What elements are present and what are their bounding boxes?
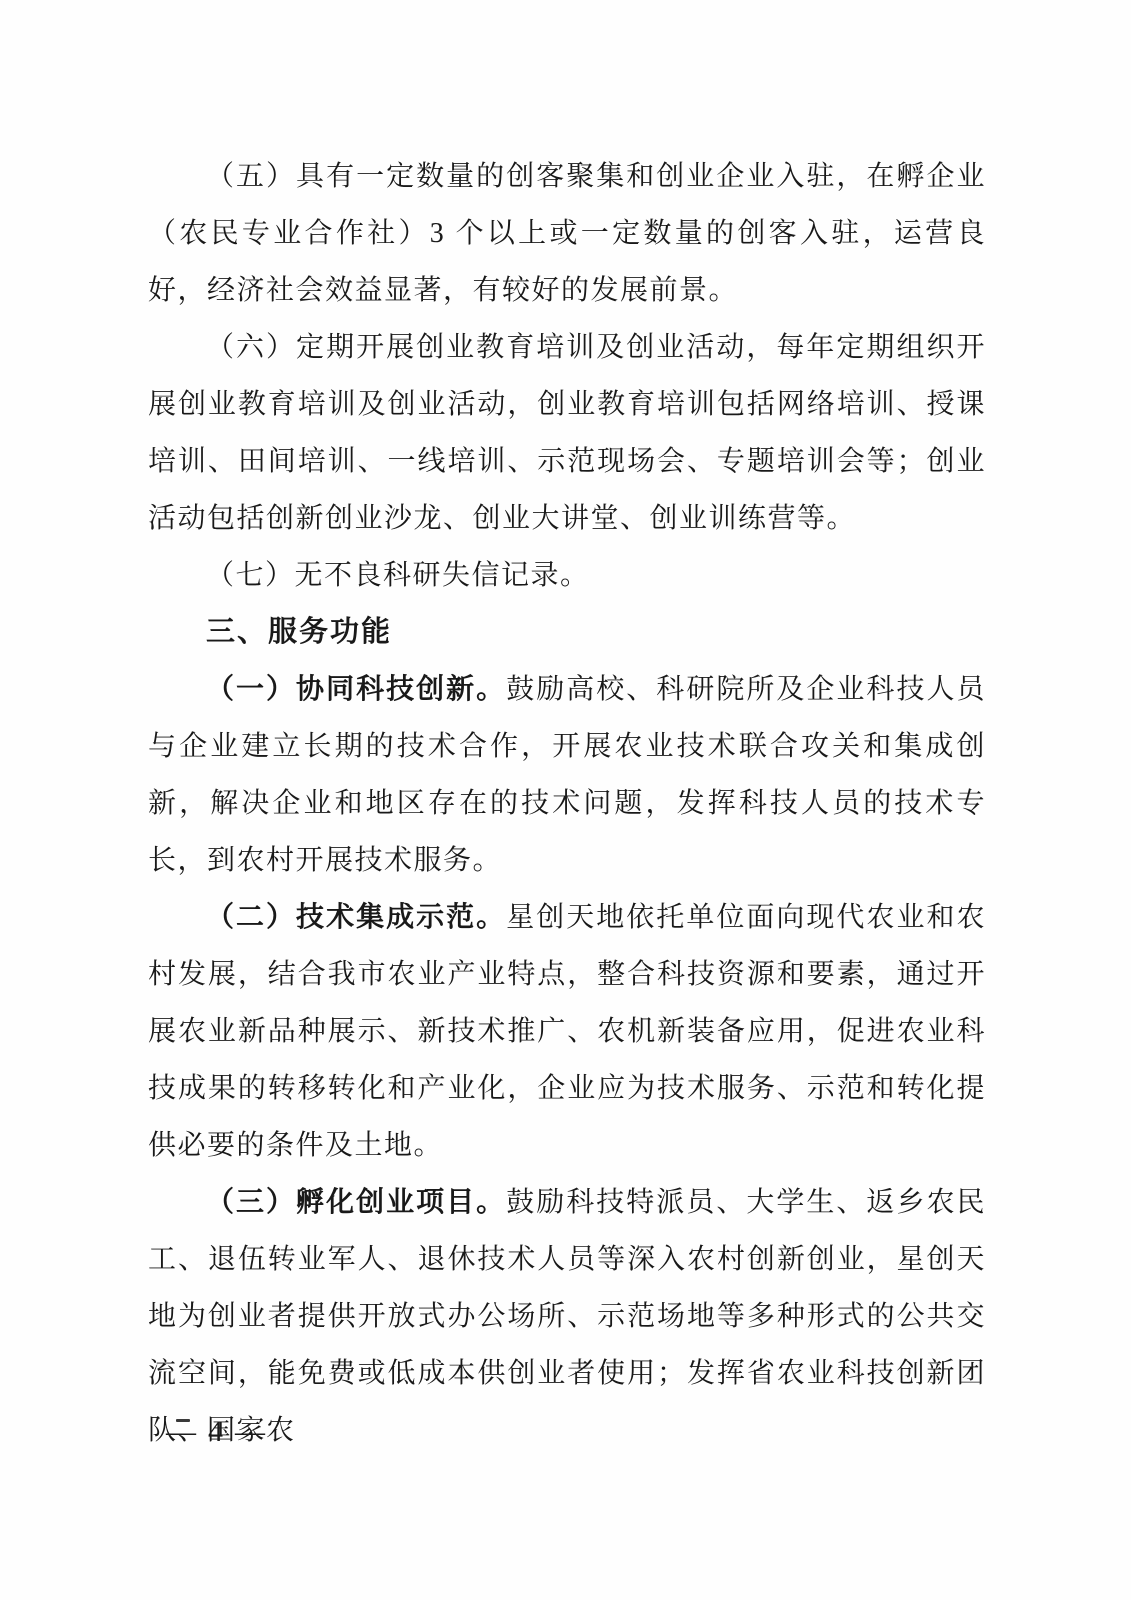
subsection-lead: （一）协同科技创新。 xyxy=(206,674,506,705)
paragraph-text: （七）无不良科研失信记录。 xyxy=(206,560,590,591)
subsection-lead: （三）孵化创业项目。 xyxy=(206,1187,506,1218)
paragraph-subsection-2: （二）技术集成示范。星创天地依托单位面向现代农业和农村发展，结合我市农业产业特点… xyxy=(148,889,986,1174)
section-heading-service-functions: 三、服务功能 xyxy=(148,604,986,661)
page-number: 4 xyxy=(208,1412,223,1452)
paragraph-subsection-3: （三）孵化创业项目。鼓励科技特派员、大学生、返乡农民工、退伍转业军人、退休技术人… xyxy=(148,1174,986,1459)
paragraph-subsection-1: （一）协同科技创新。鼓励高校、科研院所及企业科技人员与企业建立长期的技术合作，开… xyxy=(148,661,986,889)
footer-dash-left: — xyxy=(166,1412,196,1452)
paragraph-text: 星创天地依托单位面向现代农业和农村发展，结合我市农业产业特点，整合科技资源和要素… xyxy=(148,902,986,1161)
document-page: （五）具有一定数量的创客聚集和创业企业入驻，在孵企业（农民专业合作社）3 个以上… xyxy=(0,0,1131,1600)
paragraph-item-7: （七）无不良科研失信记录。 xyxy=(148,547,986,604)
paragraph-text: 鼓励科技特派员、大学生、返乡农民工、退伍转业军人、退休技术人员等深入农村创新创业… xyxy=(148,1187,986,1446)
paragraph-text: （五）具有一定数量的创客聚集和创业企业入驻，在孵企业（农民专业合作社）3 个以上… xyxy=(148,161,986,306)
paragraph-item-5: （五）具有一定数量的创客聚集和创业企业入驻，在孵企业（农民专业合作社）3 个以上… xyxy=(148,148,986,319)
page-footer: — 4 — xyxy=(166,1412,265,1452)
document-body: （五）具有一定数量的创客聚集和创业企业入驻，在孵企业（农民专业合作社）3 个以上… xyxy=(148,148,986,1459)
subsection-lead: （二）技术集成示范。 xyxy=(206,902,506,933)
footer-dash-right: — xyxy=(235,1412,265,1452)
paragraph-text: （六）定期开展创业教育培训及创业活动，每年定期组织开展创业教育培训及创业活动，创… xyxy=(148,332,986,534)
paragraph-item-6: （六）定期开展创业教育培训及创业活动，每年定期组织开展创业教育培训及创业活动，创… xyxy=(148,319,986,547)
